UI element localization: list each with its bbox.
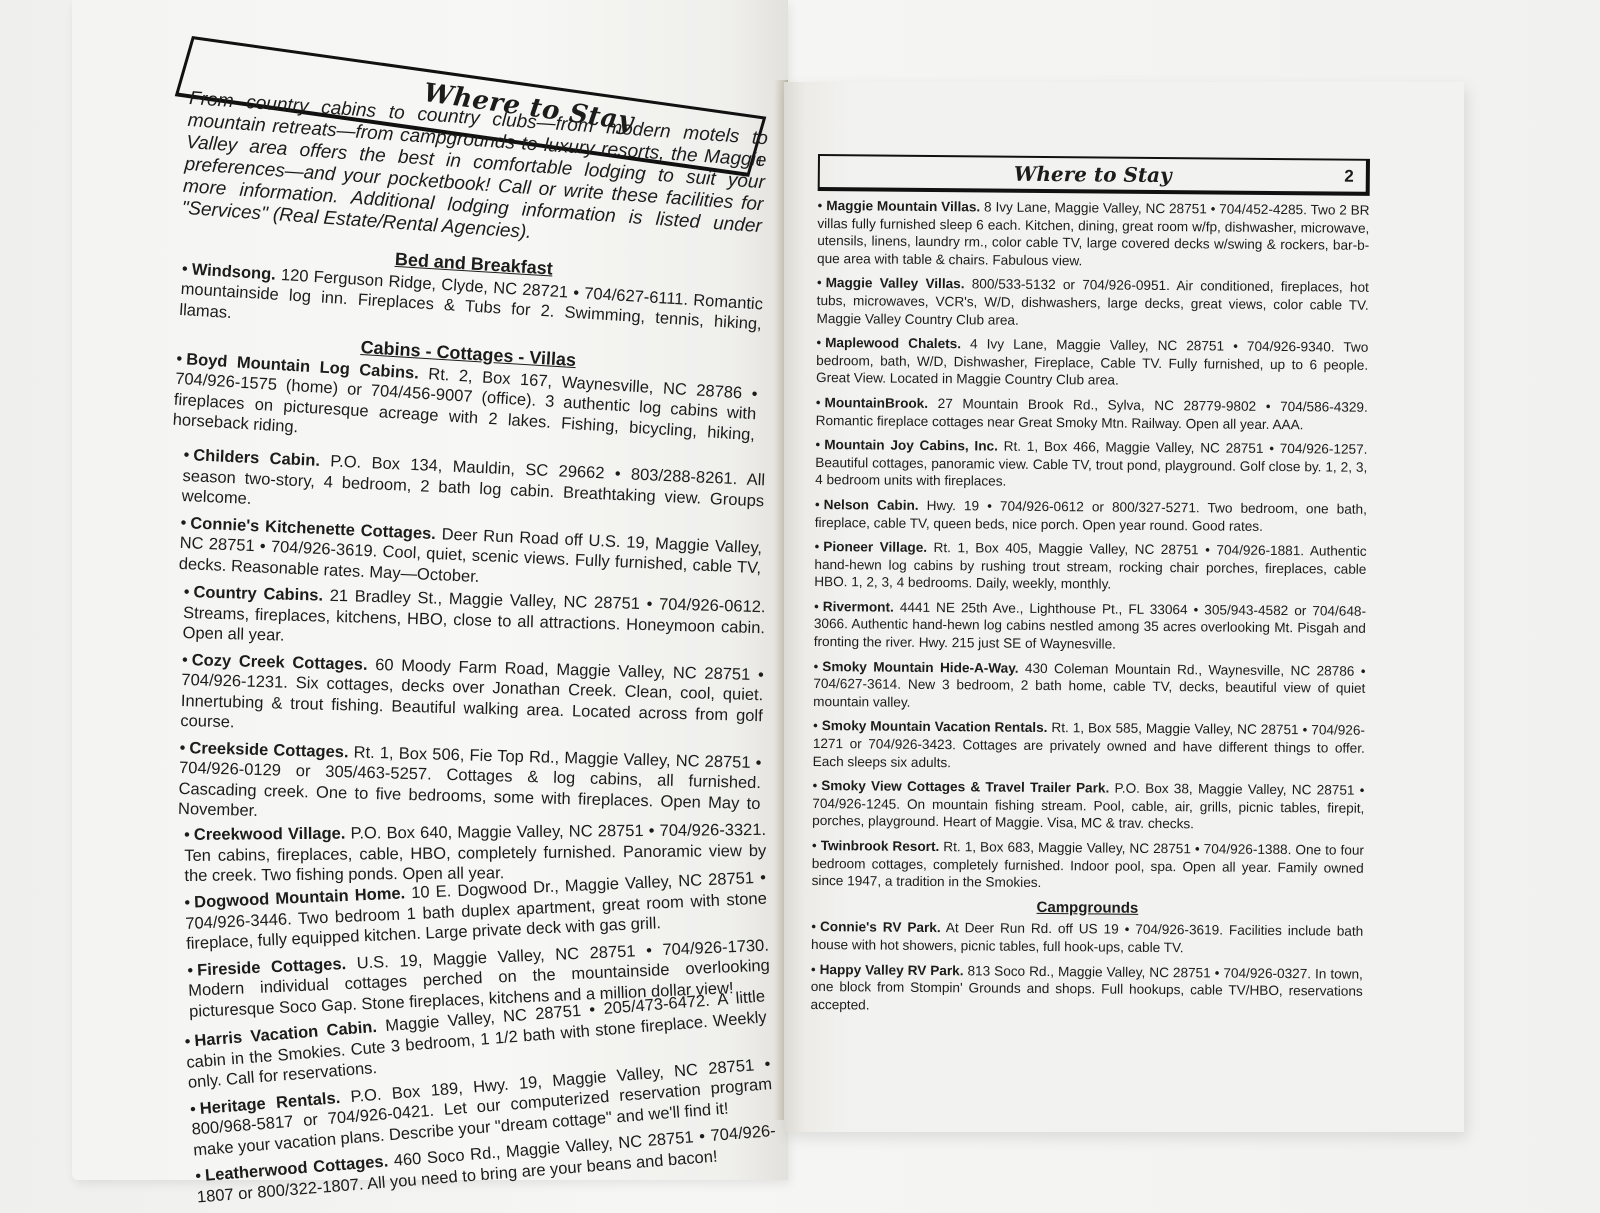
listing-name: Cozy Creek Cottages. <box>192 650 368 673</box>
bullet-icon: • <box>816 395 821 410</box>
listing-entry: •Smoky Mountain Hide-A-Way. 430 Coleman … <box>813 658 1365 716</box>
listing-name: Maplewood Chalets. <box>825 335 961 351</box>
bullet-icon: • <box>184 1032 191 1050</box>
listing-entry: •Smoky View Cottages & Travel Trailer Pa… <box>812 777 1364 835</box>
bullet-icon: • <box>812 838 817 853</box>
title-banner-right: Where to Stay 2 <box>818 154 1370 196</box>
listing-entry: •Cozy Creek Cottages. 60 Moody Farm Road… <box>180 649 764 746</box>
bullet-icon: • <box>176 349 183 367</box>
listing-entry: •Connie's RV Park. At Deer Run Rd. off U… <box>811 918 1363 958</box>
listing-name: MountainBrook. <box>825 395 929 411</box>
listing-details: 4441 NE 25th Ave., Lighthouse Pt., FL 33… <box>814 600 1366 652</box>
listing-name: Windsong. <box>191 260 276 283</box>
listing-name: Maggie Valley Villas. <box>826 275 965 291</box>
bullet-icon: • <box>195 1167 202 1185</box>
listing-name: Creekside Cottages. <box>189 738 349 760</box>
listing-entry: •Mountain Joy Cabins, Inc. Rt. 1, Box 46… <box>815 436 1367 494</box>
bullet-icon: • <box>182 650 188 668</box>
bullet-icon: • <box>812 778 817 793</box>
listing-name: Smoky Mountain Vacation Rentals. <box>822 718 1048 735</box>
bullet-icon: • <box>813 718 818 733</box>
listing-name: Happy Valley RV Park. <box>820 962 964 978</box>
listing-name: Smoky View Cottages & Travel Trailer Par… <box>821 778 1109 796</box>
bullet-icon: • <box>813 659 818 674</box>
listing-entry: •MountainBrook. 27 Mountain Brook Rd., S… <box>816 394 1368 434</box>
bullet-icon: • <box>184 826 190 844</box>
bullet-icon: • <box>184 582 190 600</box>
listing-entry: •Twinbrook Resort. Rt. 1, Box 683, Maggi… <box>812 837 1364 895</box>
listing-name: Maggie Mountain Villas. <box>826 198 980 214</box>
bullet-icon: • <box>183 445 190 463</box>
bullet-icon: • <box>816 335 821 350</box>
listing-name: Creekwood Village. <box>194 825 346 844</box>
bullet-icon: • <box>811 919 816 934</box>
listing-name: Country Cabins. <box>193 583 323 604</box>
bullet-icon: • <box>815 437 820 452</box>
left-page-content: Where to Stay 1 From country cabins to c… <box>190 36 775 98</box>
listing-entry: •Nelson Cabin. Hwy. 19 • 704/926-0612 or… <box>815 496 1367 536</box>
bullet-icon: • <box>811 962 816 977</box>
bullet-icon: • <box>815 539 820 554</box>
listing-entry: •Smoky Mountain Vacation Rentals. Rt. 1,… <box>813 717 1365 775</box>
bullet-icon: • <box>181 259 188 277</box>
left-page: Where to Stay 1 From country cabins to c… <box>72 0 788 1180</box>
listing-entry: •Happy Valley RV Park. 813 Soco Rd., Mag… <box>811 961 1363 1019</box>
right-page: Where to Stay 2 •Maggie Mountain Villas.… <box>784 82 1464 1132</box>
page-number-right: 2 <box>1344 167 1354 187</box>
listing-entry: •Maggie Mountain Villas. 8 Ivy Lane, Mag… <box>817 197 1370 272</box>
listing-entry: •Pioneer Village. Rt. 1, Box 405, Maggie… <box>814 538 1366 596</box>
left-listings: Bed and Breakfast •Windsong. 120 Ferguso… <box>184 234 766 1213</box>
section-heading-campgrounds: Campgrounds <box>811 897 1363 919</box>
listing-name: Smoky Mountain Hide-A-Way. <box>822 659 1018 676</box>
listing-name: Fireside Cottages. <box>197 954 347 978</box>
bullet-icon: • <box>817 198 822 213</box>
listing-entry: •Rivermont. 4441 NE 25th Ave., Lighthous… <box>814 598 1366 656</box>
bullet-icon: • <box>179 738 185 756</box>
right-listings: •Maggie Mountain Villas. 8 Ivy Lane, Mag… <box>811 197 1370 1018</box>
right-page-content: Where to Stay 2 •Maggie Mountain Villas.… <box>810 154 1370 1025</box>
listing-name: Twinbrook Resort. <box>821 838 940 854</box>
bullet-icon: • <box>814 599 819 614</box>
bullet-icon: • <box>184 893 191 911</box>
bullet-icon: • <box>815 497 820 512</box>
listing-name: Pioneer Village. <box>823 539 927 555</box>
bullet-icon: • <box>187 961 194 979</box>
listing-name: Mountain Joy Cabins, Inc. <box>824 437 998 454</box>
bullet-icon: • <box>817 275 822 290</box>
listing-name: Connie's RV Park. <box>820 919 941 935</box>
listing-name: Rivermont. <box>823 599 894 615</box>
listing-name: Childers Cabin. <box>193 446 320 470</box>
listing-details: Rt. 2, Box 167, Waynesville, NC 28786 • … <box>172 365 758 444</box>
listing-entry: •Maggie Valley Villas. 800/533-5132 or 7… <box>816 274 1368 332</box>
bullet-icon: • <box>180 513 187 531</box>
page-title-right: Where to Stay <box>1014 161 1172 186</box>
listing-entry: •Maplewood Chalets. 4 Ivy Lane, Maggie V… <box>816 334 1368 392</box>
listing-entry: •Creekside Cottages. Rt. 1, Box 506, Fie… <box>178 737 762 834</box>
bullet-icon: • <box>189 1099 196 1117</box>
listing-name: Nelson Cabin. <box>824 497 919 513</box>
